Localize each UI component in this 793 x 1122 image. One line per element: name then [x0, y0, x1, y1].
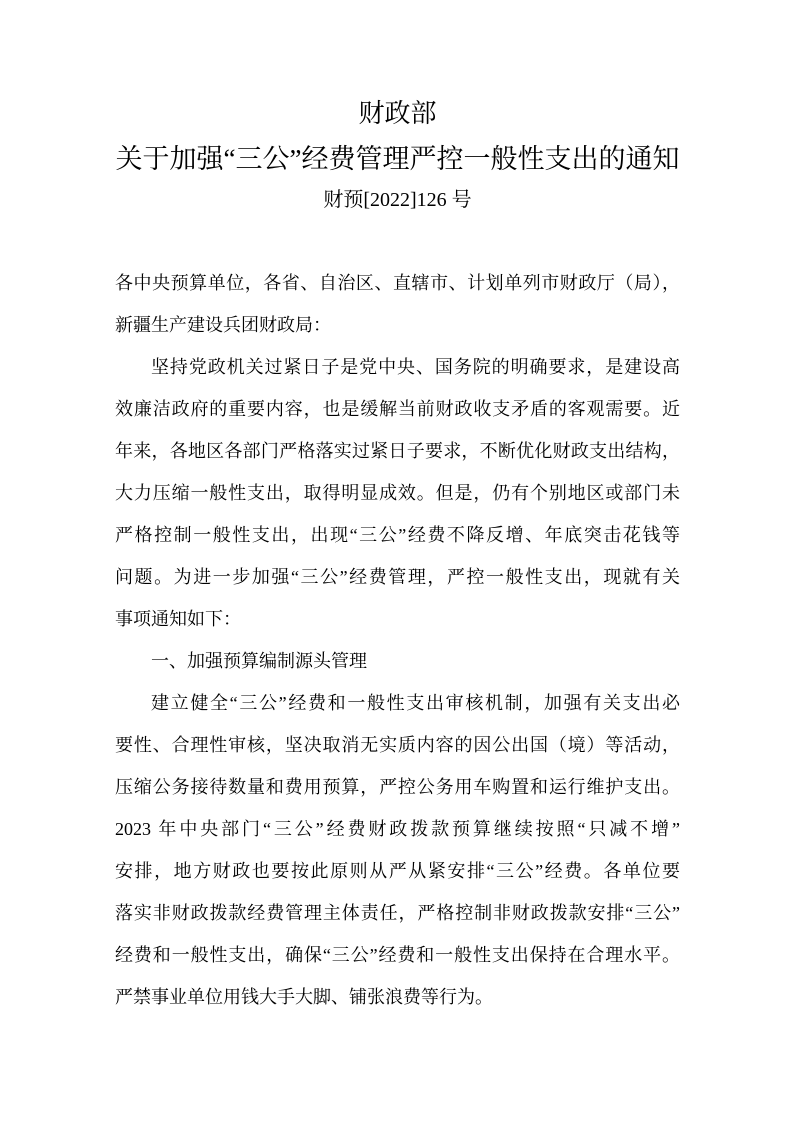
body-paragraph: 建立健全“三公”经费和一般性支出审核机制，加强有关支出必要性、合理性审核，坚决取…: [115, 682, 680, 1018]
document-number: 财预[2022]126 号: [115, 185, 680, 215]
document-line: 2023 年中央部门“三公”经费财政拨款预算继续按照“只减不增”: [115, 808, 680, 850]
agency-name: 财政部: [115, 97, 680, 131]
document-line: 问题。为进一步加强“三公”经费管理，严控一般性支出，现就有关: [115, 556, 680, 598]
document-line: 大力压缩一般性支出，取得明显成效。但是，仍有个别地区或部门未: [115, 472, 680, 514]
document-line: 新疆生产建设兵团财政局：: [115, 304, 680, 346]
document-title: 关于加强“三公”经费管理严控一般性支出的通知: [115, 139, 680, 179]
document-line: 压缩公务接待数量和费用预算，严控公务用车购置和运行维护支出。: [115, 766, 680, 808]
notice-document: 财政部 关于加强“三公”经费管理严控一般性支出的通知 财预[2022]126 号…: [0, 0, 793, 1018]
document-line: 事项通知如下：: [115, 598, 680, 640]
document-line: 各中央预算单位，各省、自治区、直辖市、计划单列市财政厅（局），: [115, 262, 680, 304]
document-line: 效廉洁政府的重要内容，也是缓解当前财政收支矛盾的客观需要。近: [115, 388, 680, 430]
document-line: 严禁事业单位用钱大手大脚、铺张浪费等行为。: [115, 976, 680, 1018]
section-heading: 一、加强预算编制源头管理: [115, 640, 680, 682]
document-line: 一、加强预算编制源头管理: [115, 640, 680, 682]
document-line: 坚持党政机关过紧日子是党中央、国务院的明确要求，是建设高: [115, 346, 680, 388]
document-line: 落实非财政拨款经费管理主体责任，严格控制非财政拨款安排“三公”: [115, 892, 680, 934]
document-page: 财政部 关于加强“三公”经费管理严控一般性支出的通知 财预[2022]126 号…: [0, 0, 793, 1122]
document-line: 建立健全“三公”经费和一般性支出审核机制，加强有关支出必: [115, 682, 680, 724]
document-line: 经费和一般性支出，确保“三公”经费和一般性支出保持在合理水平。: [115, 934, 680, 976]
document-body: 各中央预算单位，各省、自治区、直辖市、计划单列市财政厅（局），新疆生产建设兵团财…: [115, 262, 680, 1018]
body-paragraph: 坚持党政机关过紧日子是党中央、国务院的明确要求，是建设高效廉洁政府的重要内容，也…: [115, 346, 680, 640]
document-line: 要性、合理性审核，坚决取消无实质内容的因公出国（境）等活动，: [115, 724, 680, 766]
document-line: 年来，各地区各部门严格落实过紧日子要求，不断优化财政支出结构，: [115, 430, 680, 472]
document-line: 严格控制一般性支出，出现“三公”经费不降反增、年底突击花钱等: [115, 514, 680, 556]
salutation: 各中央预算单位，各省、自治区、直辖市、计划单列市财政厅（局），新疆生产建设兵团财…: [115, 262, 680, 346]
document-line: 安排，地方财政也要按此原则从严从紧安排“三公”经费。各单位要: [115, 850, 680, 892]
